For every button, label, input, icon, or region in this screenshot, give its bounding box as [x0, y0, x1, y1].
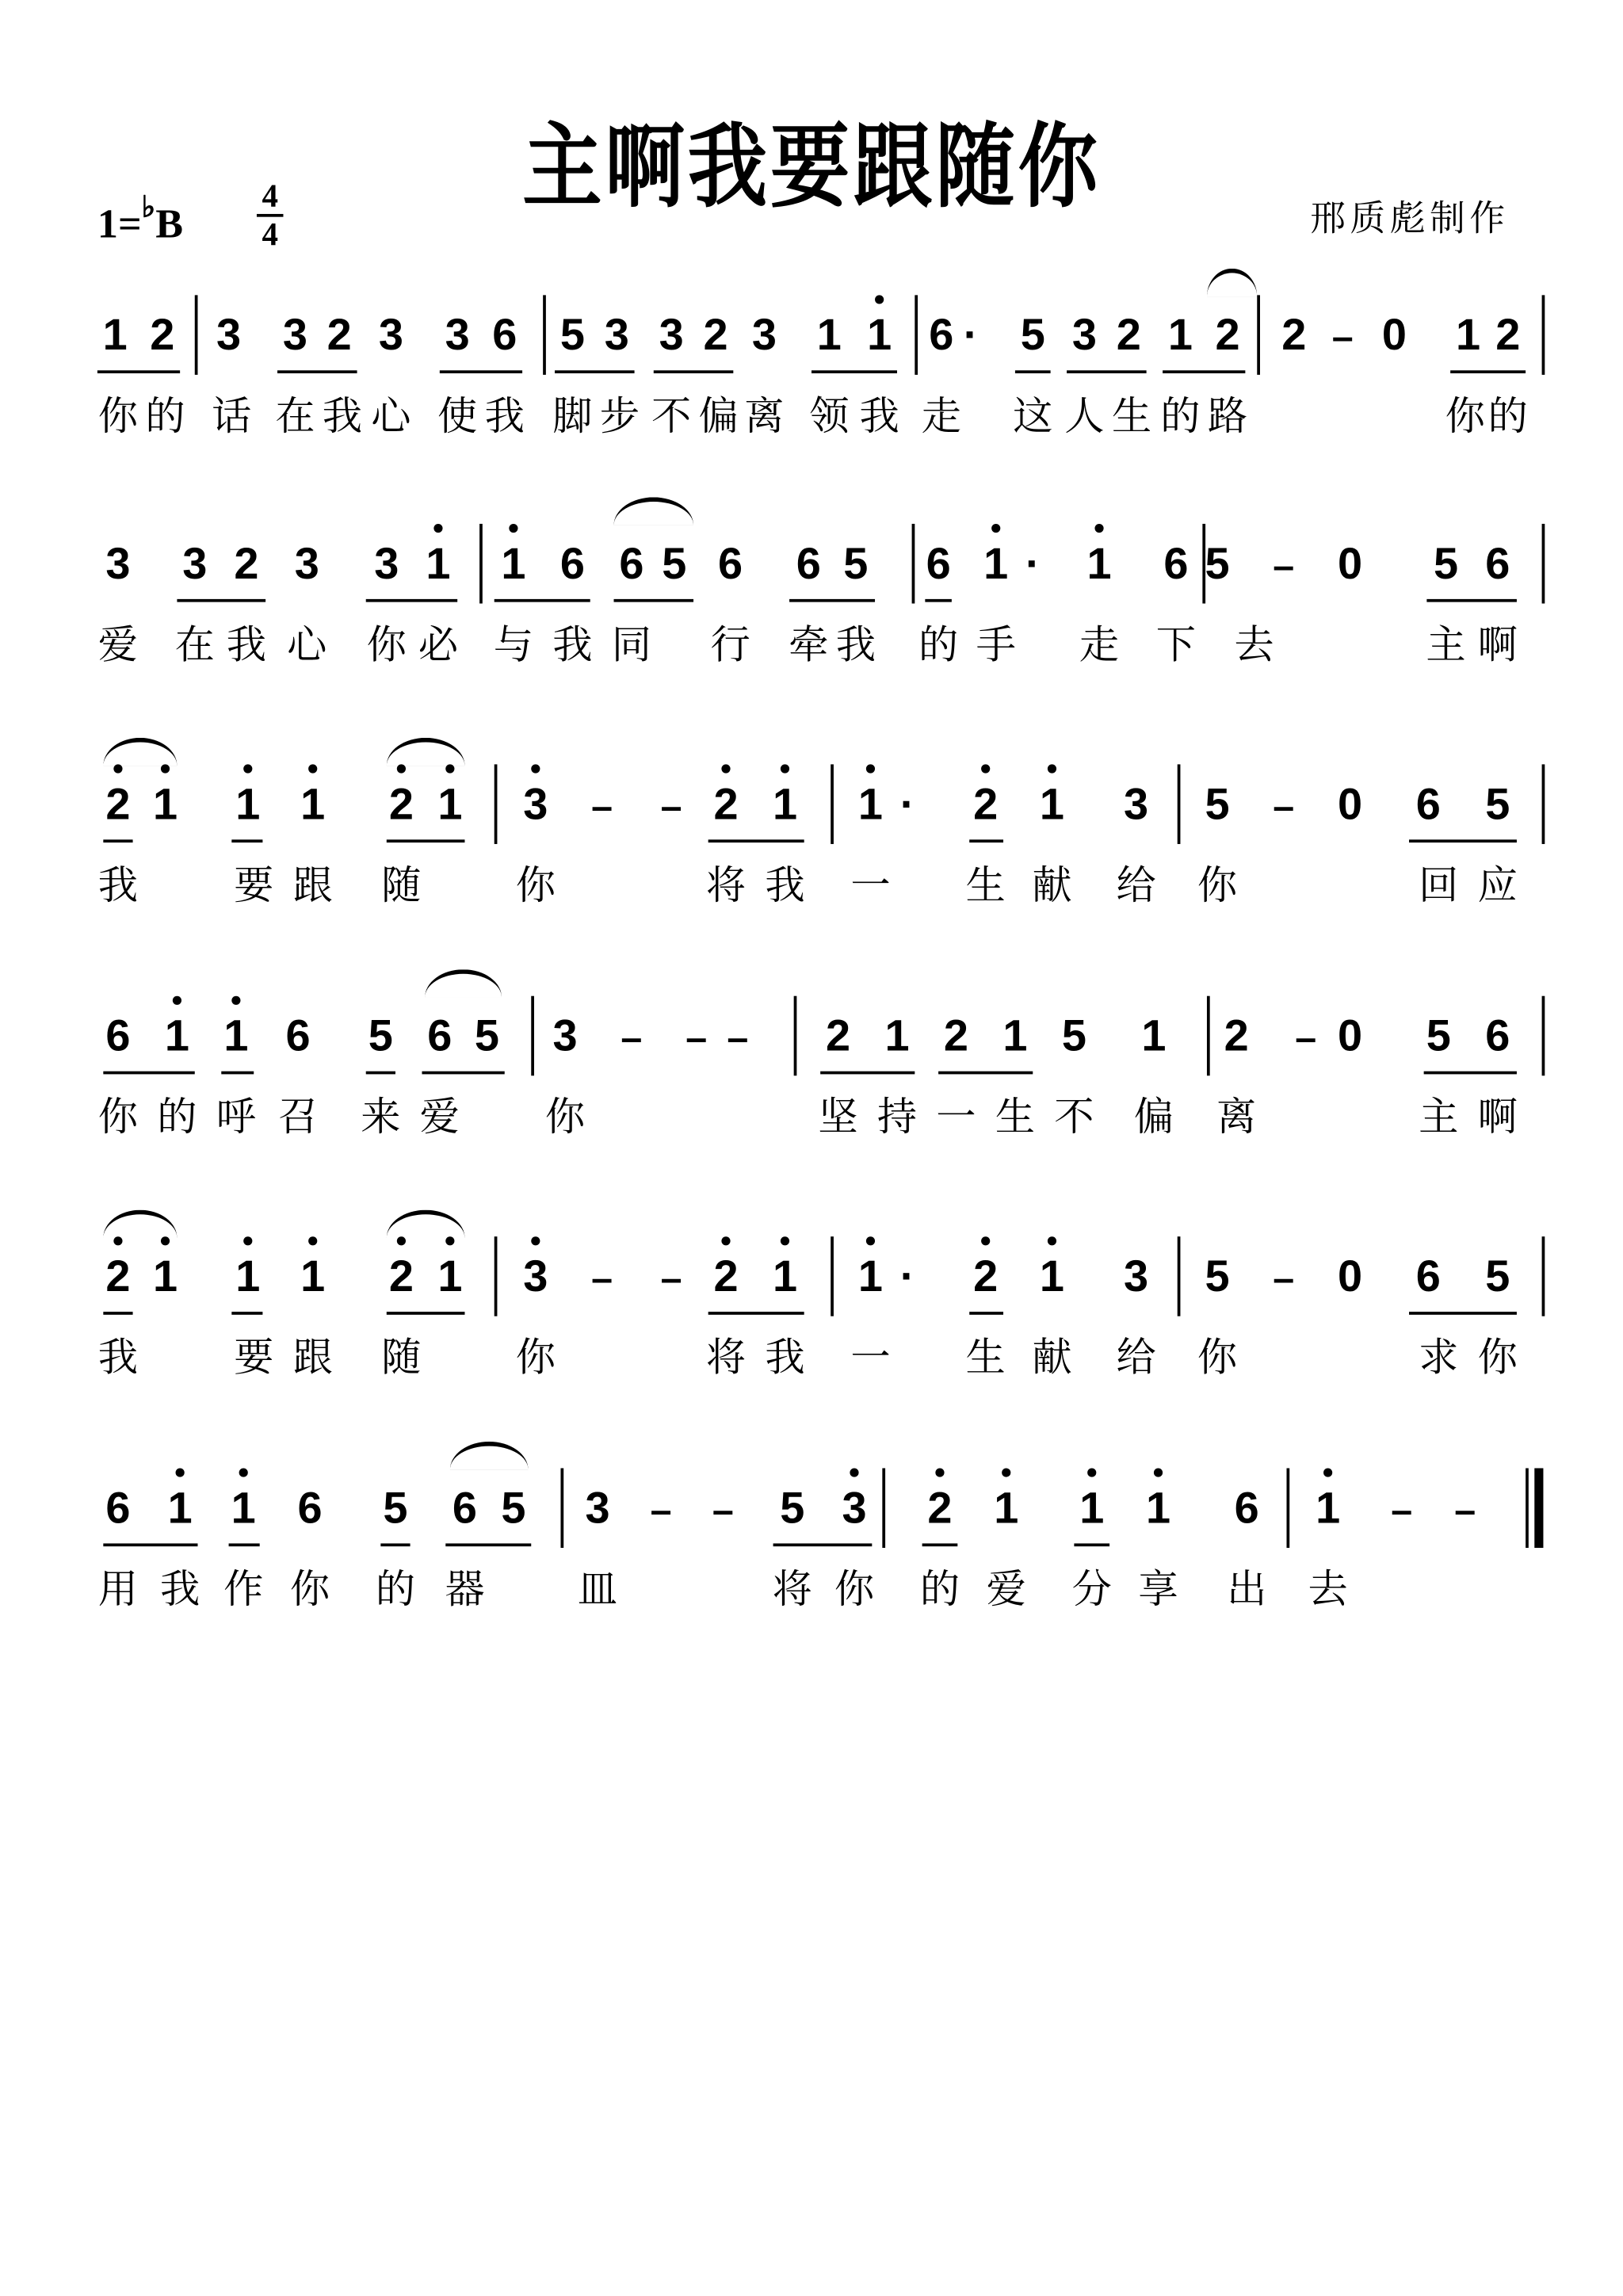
end-bar-line	[1542, 295, 1545, 375]
eighth-underline	[366, 599, 457, 602]
lyric-char: 脚	[548, 392, 598, 442]
lyric-char: 给	[1111, 861, 1161, 911]
eighth-underline	[1450, 370, 1526, 373]
eighth-underline	[366, 1072, 395, 1075]
note-value: 6	[1485, 1012, 1510, 1060]
note: 3	[1067, 310, 1102, 363]
high-octave-dot	[531, 1236, 540, 1245]
bar-line	[1202, 524, 1205, 604]
note: 1	[767, 779, 803, 832]
lyric-char: 一	[931, 1094, 981, 1144]
note-value: 0	[1338, 781, 1362, 829]
eighth-underline	[387, 839, 465, 842]
note-value: ·	[900, 781, 915, 829]
note: 5	[1480, 779, 1515, 832]
note-value: ·	[900, 1253, 915, 1301]
sustain-dash: –	[1266, 539, 1301, 592]
note: 3	[599, 310, 635, 363]
eighth-underline	[380, 1543, 410, 1546]
note: 1	[421, 539, 456, 592]
note-value: 2	[713, 1253, 738, 1301]
note-value: 6	[1416, 781, 1441, 829]
meter-top: 4	[262, 177, 277, 214]
lyric-char: 主	[1414, 1094, 1464, 1144]
note-value: 5	[1021, 311, 1045, 360]
lyric-char: 跟	[288, 861, 338, 911]
high-octave-dot	[243, 764, 252, 773]
note: 3	[373, 310, 409, 363]
lyric-char: 去	[1303, 1565, 1353, 1615]
lyric-char: 用	[93, 1565, 143, 1615]
lyric-char: 你	[510, 1334, 560, 1384]
high-octave-dot	[721, 1236, 730, 1245]
note: 6	[422, 1010, 457, 1064]
note-value: 3	[445, 311, 470, 360]
slur-arc	[103, 1210, 177, 1238]
eighth-underline	[555, 370, 635, 373]
note: 2	[1210, 310, 1246, 363]
note-value: 1	[1040, 1253, 1064, 1301]
time-signature: 4 4	[254, 180, 286, 250]
flat-icon: ♭	[142, 192, 156, 224]
eighth-underline	[103, 1543, 197, 1546]
note: 2	[698, 310, 734, 363]
lyric-char: 坚	[813, 1094, 863, 1144]
note-value: –	[685, 1015, 707, 1060]
augmentation-dot: ·	[960, 310, 981, 363]
note: 3	[548, 1010, 583, 1064]
lyric-char: 生	[960, 1334, 1010, 1384]
lyric-char: 我	[854, 392, 904, 442]
lyric-char: 出	[1222, 1565, 1272, 1615]
lyric-char: 啊	[1472, 621, 1522, 671]
note-value: –	[591, 1255, 613, 1300]
note-value: 5	[1426, 1012, 1451, 1060]
note: 3	[1118, 1251, 1154, 1305]
high-octave-dot	[308, 1236, 317, 1245]
lyric-char: 的	[913, 621, 963, 671]
note-value: 3	[659, 311, 684, 360]
lyric-char: 不	[646, 392, 696, 442]
key-signature: 1=♭B	[97, 189, 183, 249]
note: 5	[838, 539, 874, 592]
note: 3	[747, 310, 782, 363]
score-row: 1233233653323116·532122–012你的话在我心使我脚步不偏离…	[0, 310, 1623, 502]
high-octave-dot	[1087, 1468, 1096, 1477]
note-value: 6	[929, 311, 953, 360]
high-octave-dot	[866, 764, 875, 773]
high-octave-dot	[308, 764, 317, 773]
note-value: 5	[1062, 1012, 1086, 1060]
lyric-char: 你	[285, 1565, 334, 1615]
note-value: 5	[780, 1484, 804, 1533]
high-octave-dot	[531, 764, 540, 773]
note: 1	[767, 1251, 803, 1305]
eighth-underline	[654, 370, 734, 373]
note-value: 1	[1079, 1484, 1104, 1533]
lyric-char: 走	[916, 392, 966, 442]
lyric-char: 生	[990, 1094, 1040, 1144]
lyric-char: 使	[433, 392, 483, 442]
note-value: 3	[585, 1484, 609, 1533]
note: 5	[1200, 779, 1235, 832]
lyric-char: 应	[1472, 861, 1522, 911]
eighth-underline	[1074, 1543, 1109, 1546]
note: 1	[226, 1483, 262, 1536]
lyric-char: 爱	[93, 621, 143, 671]
note: 1	[97, 310, 133, 363]
lyric-char: 献	[1027, 861, 1077, 911]
sustain-dash: –	[584, 1251, 620, 1305]
note: 6	[1480, 539, 1515, 592]
note: 5	[555, 310, 590, 363]
lyric-char: 主	[1421, 621, 1471, 671]
note: 2	[968, 779, 1003, 832]
note: 5	[378, 1483, 414, 1536]
note-value: 1	[1316, 1484, 1340, 1533]
note: 6	[281, 1010, 316, 1064]
sustain-dash: –	[584, 779, 620, 832]
note-value: ·	[964, 311, 979, 360]
note-value: 1	[983, 540, 1008, 588]
eighth-underline	[811, 370, 897, 373]
note: 5	[496, 1483, 532, 1536]
note: 1	[433, 779, 468, 832]
note-value: 1	[1087, 540, 1112, 588]
note-value: 3	[379, 311, 403, 360]
note-value: 2	[105, 1253, 130, 1301]
note-value: 5	[1205, 1253, 1229, 1301]
bar-line	[560, 1468, 563, 1548]
high-octave-dot	[1048, 764, 1056, 773]
lyric-char: 爱	[981, 1565, 1031, 1615]
score-row: 332331166566561·165–056爱在我心你必与我同行牵我的手走下去…	[0, 539, 1623, 731]
lyric-char: 享	[1133, 1565, 1183, 1615]
lyric-char: 与	[488, 621, 538, 671]
sustain-dash: –	[1325, 310, 1361, 363]
note-value: 3	[374, 540, 399, 588]
note: 2	[229, 539, 265, 592]
high-octave-dot	[1048, 1236, 1056, 1245]
note-value: 2	[1117, 311, 1141, 360]
lyric-char: 器	[440, 1565, 490, 1615]
lyric-char: 在	[170, 621, 220, 671]
note: 2	[144, 310, 180, 363]
bar-line	[831, 764, 834, 844]
note: 1	[159, 1010, 195, 1064]
high-octave-dot	[231, 996, 240, 1005]
lyric-char: 呼	[211, 1094, 261, 1144]
note-value: 3	[523, 1253, 548, 1301]
lyric-char: 的	[915, 1565, 964, 1615]
note-value: 0	[1338, 540, 1362, 588]
note-value: 5	[662, 540, 686, 588]
note-value: 5	[1485, 1253, 1510, 1301]
lyric-char: 你	[510, 861, 560, 911]
slur-arc	[103, 738, 177, 766]
note-value: 1	[773, 781, 797, 829]
note: 2	[922, 1483, 958, 1536]
high-octave-dot	[243, 1236, 252, 1245]
author-credit: 邢质彪制作	[1310, 189, 1509, 240]
note: 6	[101, 1483, 136, 1536]
note: 1	[988, 1483, 1024, 1536]
note: 1	[1450, 310, 1486, 363]
sustain-dash: –	[614, 1010, 650, 1064]
note: 6	[923, 310, 959, 363]
lyric-char: 你	[1192, 1334, 1242, 1384]
eighth-underline	[495, 599, 590, 602]
note-value: 1	[300, 1253, 325, 1301]
note-value: 0	[1338, 1012, 1362, 1060]
high-octave-dot	[433, 524, 442, 533]
eighth-underline	[177, 599, 265, 602]
note: 2	[384, 1251, 419, 1305]
note-value: 1	[300, 781, 325, 829]
note-value: 3	[752, 311, 777, 360]
note-value: 2	[389, 1253, 414, 1301]
note: 1	[978, 539, 1014, 592]
note-value: –	[651, 1488, 672, 1532]
lyric-char: 你	[93, 392, 143, 442]
note-value: 2	[927, 1484, 952, 1533]
note-value: 3	[105, 540, 130, 588]
note: 1	[1140, 1483, 1176, 1536]
lyric-char: 心	[282, 621, 332, 671]
slur-arc	[387, 1210, 465, 1238]
note-value: 6	[427, 1012, 452, 1060]
lyric-char: 你	[361, 621, 411, 671]
note-value: –	[1454, 1488, 1476, 1532]
note: 0	[1332, 539, 1368, 592]
high-octave-dot	[176, 1468, 185, 1477]
note-value: 2	[973, 781, 998, 829]
note-value: –	[1273, 543, 1294, 587]
lyric-char: 行	[705, 621, 755, 671]
eighth-underline	[221, 1072, 254, 1075]
note-value: 3	[295, 540, 319, 588]
note-value: 1	[153, 1253, 178, 1301]
lyric-char: 这	[1008, 392, 1058, 442]
note-value: 1	[858, 1253, 883, 1301]
eighth-underline	[1409, 839, 1517, 842]
eighth-underline	[97, 370, 180, 373]
sustain-dash: –	[643, 1483, 679, 1536]
note: 3	[517, 779, 553, 832]
lyric-char: 你	[93, 1094, 143, 1144]
sustain-dash: –	[1384, 1483, 1419, 1536]
note: 1	[230, 779, 265, 832]
note-value: 5	[1205, 781, 1229, 829]
eighth-underline	[708, 839, 804, 842]
note: 6	[101, 1010, 136, 1064]
note: 2	[820, 1010, 856, 1064]
note: 1	[295, 1251, 330, 1305]
note: 1	[1136, 1010, 1172, 1064]
note-value: 1	[994, 1484, 1018, 1533]
lyric-char: 我	[760, 861, 810, 911]
note-value: 1	[168, 1484, 193, 1533]
sustain-dash: –	[654, 1251, 689, 1305]
score-row: 61165653–––2121512–056你的呼召来爱你坚持一生不偏离主啊	[0, 1010, 1623, 1202]
note-value: –	[661, 1255, 682, 1300]
note: 5	[1200, 1251, 1235, 1305]
note-value: 6	[297, 1484, 322, 1533]
lyric-char: 路	[1202, 392, 1252, 442]
note-value: 5	[1205, 540, 1229, 588]
note-value: 1	[501, 540, 525, 588]
lyric-char: 必	[413, 621, 463, 671]
sustain-dash: –	[654, 779, 689, 832]
eighth-underline	[445, 1543, 531, 1546]
sustain-dash: –	[1447, 1483, 1483, 1536]
bar-line	[794, 996, 797, 1076]
note: 0	[1332, 1010, 1368, 1064]
high-octave-dot	[875, 295, 884, 304]
note-value: 3	[605, 311, 629, 360]
lyric-char: 我	[548, 621, 598, 671]
note-value: 3	[842, 1484, 866, 1533]
eighth-underline	[969, 839, 1003, 842]
score-row: 2111213––211·2135–065我要跟随你将我一生献给你回应	[0, 779, 1623, 971]
sustain-dash: –	[705, 1483, 741, 1536]
augmentation-dot: ·	[897, 1251, 918, 1305]
note: 6	[791, 539, 827, 592]
note: 2	[1219, 1010, 1254, 1064]
eighth-underline	[925, 599, 952, 602]
note-value: 1	[223, 1012, 248, 1060]
eighth-underline	[1163, 370, 1245, 373]
lyric-char: 我	[317, 392, 367, 442]
lyric-char: 皿	[572, 1565, 622, 1615]
lyric-char: 步	[594, 392, 644, 442]
lyric-char: 我	[155, 1565, 204, 1615]
note-value: 3	[283, 311, 307, 360]
bar-line	[882, 1468, 885, 1548]
bar-line	[1178, 1236, 1181, 1316]
bar-line	[1257, 295, 1260, 375]
end-bar-line	[1542, 996, 1545, 1076]
note: 3	[277, 310, 313, 363]
eighth-underline	[614, 599, 694, 602]
note: 1	[1034, 1251, 1070, 1305]
note-value: 5	[501, 1484, 525, 1533]
note-value: 1	[103, 311, 128, 360]
eighth-underline	[422, 1072, 504, 1075]
high-octave-dot	[239, 1468, 248, 1477]
key-prefix: 1=	[97, 202, 142, 248]
note: 2	[968, 1251, 1003, 1305]
bar-line	[912, 524, 915, 604]
note-value: 1	[426, 540, 450, 588]
note: 5	[1480, 1251, 1515, 1305]
note-value: 1	[884, 1012, 909, 1060]
note: 6	[292, 1483, 328, 1536]
eighth-underline	[231, 1312, 262, 1315]
note-value: 2	[150, 311, 174, 360]
note-value: 1	[235, 781, 260, 829]
lyric-char: 在	[270, 392, 320, 442]
note-value: 2	[105, 781, 130, 829]
lyric-char: 不	[1049, 1094, 1099, 1144]
note-value: 1	[1002, 1012, 1027, 1060]
lyric-char: 要	[229, 1334, 279, 1384]
bar-line	[195, 295, 198, 375]
score-row: 61165653––53211161––用我作你的器皿将你的爱分享出去	[0, 1483, 1623, 1675]
note-value: 2	[1224, 1012, 1249, 1060]
note-value: 1	[153, 781, 178, 829]
high-octave-dot	[509, 524, 517, 533]
note: 1	[880, 1010, 915, 1064]
note-value: 6	[560, 540, 585, 588]
eighth-underline	[969, 1312, 1003, 1315]
note-value: 6	[286, 1012, 311, 1060]
lyric-char: 召	[273, 1094, 323, 1144]
high-octave-dot	[1094, 524, 1103, 533]
lyric-char: 随	[376, 861, 426, 911]
score-row: 2111213––211·2135–065我要跟随你将我一生献给你求你	[0, 1251, 1623, 1443]
eighth-underline	[938, 1072, 1033, 1075]
lyric-char: 你	[1472, 1334, 1522, 1384]
lyric-char: 人	[1060, 392, 1109, 442]
note-value: 5	[843, 540, 868, 588]
eighth-underline	[922, 1543, 958, 1546]
note-value: 6	[718, 540, 743, 588]
note-value: 1	[1456, 311, 1480, 360]
lyric-char: 求	[1414, 1334, 1464, 1384]
note-value: 5	[1434, 540, 1458, 588]
lyric-char: 作	[219, 1565, 269, 1615]
sustain-dash: –	[1266, 1251, 1301, 1305]
note-value: 5	[369, 1012, 393, 1060]
note: 2	[384, 779, 419, 832]
lyric-char: 的	[152, 1094, 202, 1144]
note-value: 1	[1141, 1012, 1166, 1060]
eighth-underline	[103, 1072, 194, 1075]
bar-line	[915, 295, 918, 375]
note-value: 6	[453, 1484, 477, 1533]
note: 6	[447, 1483, 483, 1536]
note-value: 1	[437, 1253, 462, 1301]
bar-line	[831, 1236, 834, 1316]
eighth-underline	[1015, 370, 1051, 373]
lyric-char: 生	[1106, 392, 1156, 442]
eighth-underline	[1067, 370, 1147, 373]
note: 1	[147, 779, 183, 832]
score-sheet: 主啊我要跟随你 1=♭B 4 4 邢质彪制作 1233233653323116·…	[0, 0, 1623, 2296]
note-value: 6	[926, 540, 951, 588]
note: 1	[811, 310, 847, 363]
eighth-underline	[708, 1312, 804, 1315]
note: 2	[708, 1251, 744, 1305]
high-octave-dot	[981, 764, 990, 773]
lyric-char: 我	[760, 1334, 810, 1384]
note: 1	[1082, 539, 1117, 592]
lyric-char: 我	[93, 861, 143, 911]
lyric-char: 心	[366, 392, 416, 442]
note: 1	[998, 1010, 1033, 1064]
eighth-underline	[387, 1312, 465, 1315]
lyric-char: 将	[767, 1565, 817, 1615]
lyric-char: 手	[971, 621, 1021, 671]
note: 1	[147, 1251, 183, 1305]
note-value: 6	[1163, 540, 1188, 588]
lyric-char: 离	[1212, 1094, 1262, 1144]
high-octave-dot	[1002, 1468, 1010, 1477]
note: 3	[440, 310, 475, 363]
note-value: 1	[858, 781, 883, 829]
end-bar-line	[1542, 524, 1545, 604]
